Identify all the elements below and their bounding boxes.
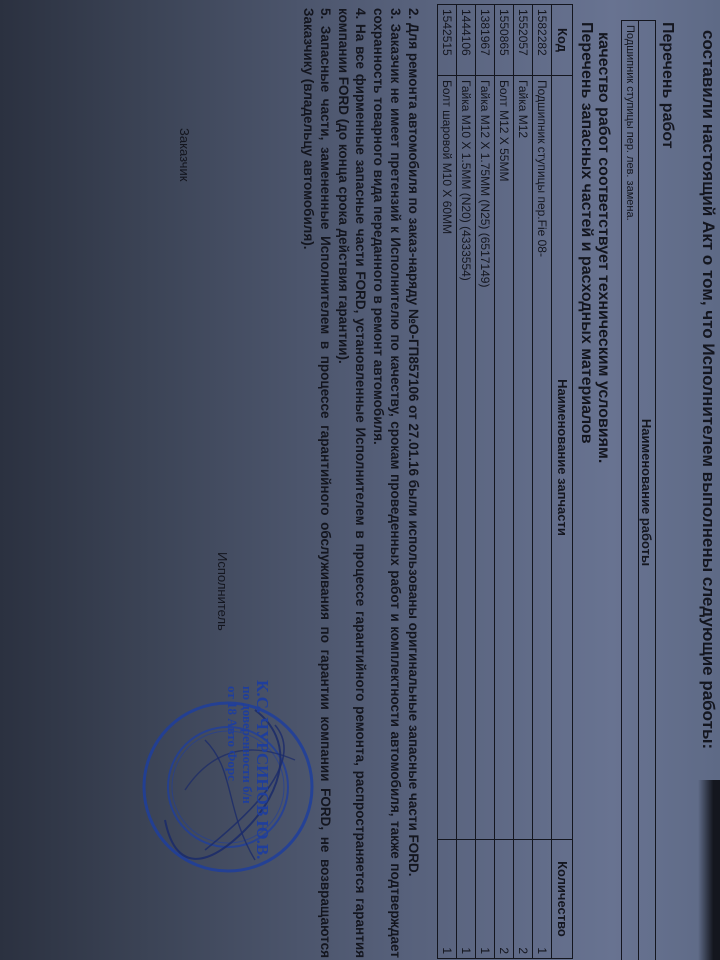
part-code: 1552057 [514, 5, 533, 76]
table-row: Подшипник ступицы пер. лев. замена. [622, 21, 639, 960]
work-item: Подшипник ступицы пер. лев. замена. [622, 21, 639, 960]
stamp-line-2: по доверенности б/н [239, 686, 255, 804]
quality-statement: качество работ соответствует техническим… [594, 32, 612, 463]
parts-table-header: Код Наименование запчасти Количество [552, 5, 573, 959]
executor-signature-label: Исполнитель [215, 552, 230, 631]
table-row: 1542515 Болт шаровой M10 X 60MM 1 [438, 5, 457, 959]
part-qty: 1 [476, 840, 495, 959]
part-qty: 1 [457, 840, 476, 959]
part-code: 1381967 [476, 5, 495, 76]
part-code: 1542515 [438, 5, 457, 76]
terms-paragraphs: 2. Для ремонта автомобиля по заказ-наряд… [300, 8, 423, 958]
column-header-name: Наименование запчасти [552, 76, 573, 840]
paragraph-2: 2. Для ремонта автомобиля по заказ-наряд… [405, 8, 423, 958]
part-qty: 2 [514, 840, 533, 959]
column-header-qty: Количество [552, 840, 573, 959]
table-row: 1381967 Гайка M12 X 1.75MM (N25) (651714… [476, 5, 495, 959]
part-code: 1550865 [495, 5, 514, 76]
part-name: Болт M12 X 55MM [495, 76, 514, 840]
paragraph-4: 4. На все фирменные запасные части FORD,… [335, 8, 370, 958]
parts-table: Код Наименование запчасти Количество 158… [437, 4, 573, 959]
part-name: Гайка M12 [514, 76, 533, 840]
table-row: 1444106 Гайка M10 X 1.5MM (N20) (4333554… [457, 5, 476, 959]
part-qty: 1 [438, 840, 457, 959]
works-column-header: Наименование работы [639, 21, 656, 960]
column-header-code: Код [552, 5, 573, 76]
parts-section-title: Перечень запасных частей и расходных мат… [577, 22, 595, 444]
intro-line: составили настоящий Акт о том, что Испол… [698, 30, 718, 749]
table-row: 1550865 Болт M12 X 55MM 2 [495, 5, 514, 959]
part-name: Подшипник ступицы пер.Fie 08- [533, 76, 552, 840]
table-row: 1552057 Гайка M12 2 [514, 5, 533, 959]
part-qty: 1 [533, 840, 552, 959]
part-name: Гайка M10 X 1.5MM (N20) (4333554) [457, 76, 476, 840]
works-table: Наименование работы Подшипник ступицы пе… [621, 20, 656, 960]
part-name: Болт шаровой M10 X 60MM [438, 76, 457, 840]
part-code: 1444106 [457, 5, 476, 76]
part-code: 1582282 [533, 5, 552, 76]
works-section-title: Перечень работ [658, 22, 676, 149]
stamp-name-line: К.С. ЧУРСИНОВ Ю.В. [252, 680, 272, 859]
paragraph-3: 3. Заказчик не имеет претензий к Исполни… [370, 8, 405, 958]
part-name: Гайка M12 X 1.75MM (N25) (6517149) [476, 76, 495, 840]
rotated-document-page: составили настоящий Акт о том, что Испол… [0, 0, 720, 960]
table-row: 1582282 Подшипник ступицы пер.Fie 08- 1 [533, 5, 552, 959]
customer-signature-label: Заказчик [177, 128, 192, 181]
stamp-line-3: от 18 Авто Форс [224, 686, 240, 781]
part-qty: 2 [495, 840, 514, 959]
